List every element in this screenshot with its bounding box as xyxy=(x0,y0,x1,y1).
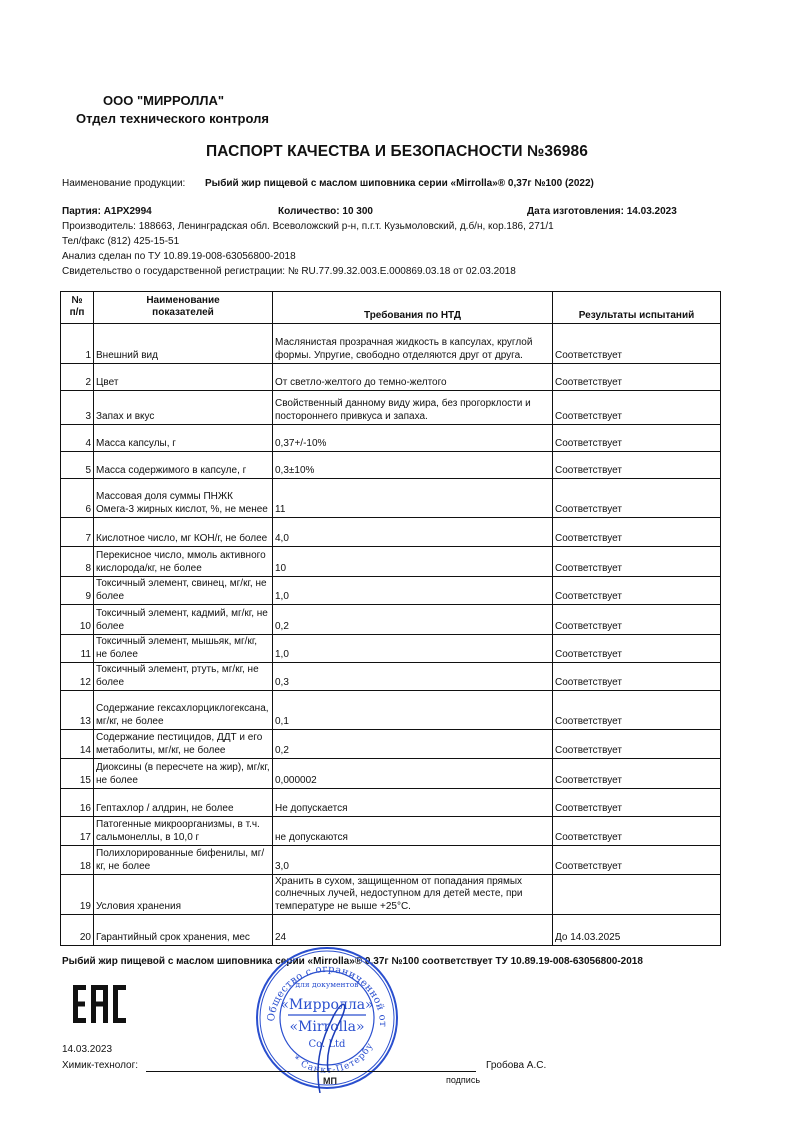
row-requirement: Маслянистая прозрачная жидкость в капсул… xyxy=(273,324,553,364)
row-indicator: Внешний вид xyxy=(94,324,273,364)
row-requirement: 4,0 xyxy=(273,518,553,547)
row-requirement: Хранить в сухом, защищенном от попадания… xyxy=(273,875,553,915)
row-indicator: Цвет xyxy=(94,364,273,391)
row-indicator: Перекисное число, ммоль активного кислор… xyxy=(94,547,273,577)
row-indicator: Диоксины (в пересчете на жир), мг/кг, не… xyxy=(94,759,273,789)
header-requirements: Требования по НТД xyxy=(273,292,553,324)
row-number: 15 xyxy=(61,759,94,789)
row-requirement: 0,3±10% xyxy=(273,452,553,479)
header-results: Результаты испытаний xyxy=(553,292,721,324)
row-result: Соответствует xyxy=(553,730,721,759)
row-result: Соответствует xyxy=(553,691,721,730)
row-requirement: 11 xyxy=(273,479,553,518)
row-requirement: 10 xyxy=(273,547,553,577)
table-row: 6 Массовая доля суммы ПНЖК Омега-3 жирны… xyxy=(61,479,721,518)
table-row: 5 Масса содержимого в капсуле, г 0,3±10%… xyxy=(61,452,721,479)
header-indicator-line1: Наименование xyxy=(96,295,270,308)
table-row: 8 Перекисное число, ммоль активного кисл… xyxy=(61,547,721,577)
row-number: 6 xyxy=(61,479,94,518)
table-row: 1 Внешний вид Маслянистая прозрачная жид… xyxy=(61,324,721,364)
row-requirement: От светло-желтого до темно-желтого xyxy=(273,364,553,391)
row-result: Соответствует xyxy=(553,364,721,391)
header-number-line2: п/п xyxy=(63,307,91,320)
row-result: Соответствует xyxy=(553,817,721,846)
registration-certificate: Свидетельство о государственной регистра… xyxy=(62,266,516,277)
header-indicator: Наименование показателей xyxy=(94,292,273,324)
row-requirement: 0,1 xyxy=(273,691,553,730)
row-indicator: Масса капсулы, г xyxy=(94,425,273,452)
seal-place-label: МП xyxy=(323,1076,337,1086)
row-number: 14 xyxy=(61,730,94,759)
department-name: Отдел технического контроля xyxy=(76,111,269,126)
company-name: ООО "МИРРОЛЛА" xyxy=(103,93,224,108)
table-row: 19 Условия хранения Хранить в сухом, защ… xyxy=(61,875,721,915)
row-indicator: Запах и вкус xyxy=(94,391,273,425)
row-number: 19 xyxy=(61,875,94,915)
phone-fax: Тел/факс (812) 425-15-51 xyxy=(62,236,179,247)
row-number: 16 xyxy=(61,789,94,817)
signatory-role: Химик-технолог: xyxy=(62,1060,138,1071)
table-row: 10 Токсичный элемент, кадмий, мг/кг, не … xyxy=(61,605,721,635)
product-name: Рыбий жир пищевой с маслом шиповника сер… xyxy=(205,178,594,189)
row-indicator: Полихлорированные бифенилы, мг/кг, не бо… xyxy=(94,846,273,875)
table-row: 2 Цвет От светло-желтого до темно-желтог… xyxy=(61,364,721,391)
row-indicator: Массовая доля суммы ПНЖК Омега-3 жирных … xyxy=(94,479,273,518)
row-result: Соответствует xyxy=(553,452,721,479)
manufacture-date: Дата изготовления: 14.03.2023 xyxy=(527,206,677,217)
row-number: 8 xyxy=(61,547,94,577)
table-row: 18 Полихлорированные бифенилы, мг/кг, не… xyxy=(61,846,721,875)
row-requirement: не допускаются xyxy=(273,817,553,846)
row-requirement: 0,000002 xyxy=(273,759,553,789)
header-number: № п/п xyxy=(61,292,94,324)
row-number: 7 xyxy=(61,518,94,547)
row-requirement: 3,0 xyxy=(273,846,553,875)
table-row: 16 Гептахлор / алдрин, не более Не допус… xyxy=(61,789,721,817)
row-number: 4 xyxy=(61,425,94,452)
row-number: 17 xyxy=(61,817,94,846)
row-requirement: 0,37+/-10% xyxy=(273,425,553,452)
product-label: Наименование продукции: xyxy=(62,178,185,189)
row-result: Соответствует xyxy=(553,425,721,452)
row-number: 11 xyxy=(61,635,94,663)
row-number: 13 xyxy=(61,691,94,730)
row-result: Соответствует xyxy=(553,518,721,547)
signatory-name: Гробова А.С. xyxy=(486,1060,546,1071)
row-result xyxy=(553,875,721,915)
row-indicator: Масса содержимого в капсуле, г xyxy=(94,452,273,479)
batch-number: Партия: А1РХ2994 xyxy=(62,206,152,217)
row-requirement: 1,0 xyxy=(273,635,553,663)
row-result: Соответствует xyxy=(553,479,721,518)
row-result: Соответствует xyxy=(553,391,721,425)
row-indicator: Токсичный элемент, свинец, мг/кг, не бол… xyxy=(94,577,273,605)
row-result: Соответствует xyxy=(553,789,721,817)
row-number: 10 xyxy=(61,605,94,635)
table-row: 3 Запах и вкус Свойственный данному виду… xyxy=(61,391,721,425)
row-indicator: Условия хранения xyxy=(94,875,273,915)
row-indicator: Гептахлор / алдрин, не более xyxy=(94,789,273,817)
row-result: Соответствует xyxy=(553,547,721,577)
row-result: Соответствует xyxy=(553,577,721,605)
row-result: Соответствует xyxy=(553,635,721,663)
signature-caption: подпись xyxy=(446,1075,480,1085)
row-requirement: 1,0 xyxy=(273,577,553,605)
row-number: 18 xyxy=(61,846,94,875)
row-number: 9 xyxy=(61,577,94,605)
row-number: 12 xyxy=(61,663,94,691)
table-row: 13 Содержание гексахлорциклогексана, мг/… xyxy=(61,691,721,730)
svg-text:для документов: для документов xyxy=(296,980,359,989)
row-number: 20 xyxy=(61,915,94,946)
table-row: 7 Кислотное число, мг КОН/г, не более 4,… xyxy=(61,518,721,547)
row-requirement: 0,3 xyxy=(273,663,553,691)
quantity: Количество: 10 300 xyxy=(278,206,373,217)
table-row: 11 Токсичный элемент, мышьяк, мг/кг, не … xyxy=(61,635,721,663)
row-indicator: Содержание гексахлорциклогексана, мг/кг,… xyxy=(94,691,273,730)
table-row: 14 Содержание пестицидов, ДДТ и его мета… xyxy=(61,730,721,759)
table-row: 20 Гарантийный срок хранения, мес 24 До … xyxy=(61,915,721,946)
row-result: Соответствует xyxy=(553,605,721,635)
row-indicator: Токсичный элемент, ртуть, мг/кг, не боле… xyxy=(94,663,273,691)
row-number: 2 xyxy=(61,364,94,391)
row-result: Соответствует xyxy=(553,324,721,364)
stamp-line3: Co. Ltd xyxy=(309,1039,347,1050)
table-row: 17 Патогенные микроорганизмы, в т.ч. сал… xyxy=(61,817,721,846)
stamp-line1: «Мирролла» xyxy=(280,997,373,1013)
table-row: 12 Токсичный элемент, ртуть, мг/кг, не б… xyxy=(61,663,721,691)
header-number-line1: № xyxy=(63,295,91,308)
table-header-row: № п/п Наименование показателей Требовани… xyxy=(61,292,721,324)
manufacturer-address: Производитель: 188663, Ленинградская обл… xyxy=(62,221,554,232)
row-number: 5 xyxy=(61,452,94,479)
row-result: Соответствует xyxy=(553,759,721,789)
row-number: 1 xyxy=(61,324,94,364)
row-result: Соответствует xyxy=(553,663,721,691)
table-row: 15 Диоксины (в пересчете на жир), мг/кг,… xyxy=(61,759,721,789)
table-row: 9 Токсичный элемент, свинец, мг/кг, не б… xyxy=(61,577,721,605)
table-row: 4 Масса капсулы, г 0,37+/-10% Соответств… xyxy=(61,425,721,452)
row-indicator: Патогенные микроорганизмы, в т.ч. сальмо… xyxy=(94,817,273,846)
row-indicator: Содержание пестицидов, ДДТ и его метабол… xyxy=(94,730,273,759)
stamp-line2: «Mirrolla» xyxy=(289,1019,364,1035)
header-indicator-line2: показателей xyxy=(96,307,270,320)
row-requirement: Не допускается xyxy=(273,789,553,817)
row-indicator: Токсичный элемент, кадмий, мг/кг, не бол… xyxy=(94,605,273,635)
row-indicator: Кислотное число, мг КОН/г, не более xyxy=(94,518,273,547)
row-indicator: Токсичный элемент, мышьяк, мг/кг, не бол… xyxy=(94,635,273,663)
row-requirement: Свойственный данному виду жира, без прог… xyxy=(273,391,553,425)
eac-mark-icon xyxy=(72,984,127,1024)
row-requirement: 0,2 xyxy=(273,730,553,759)
quality-table: № п/п Наименование показателей Требовани… xyxy=(60,291,721,946)
row-result: До 14.03.2025 xyxy=(553,915,721,946)
analysis-standard: Анализ сделан по ТУ 10.89.19-008-6305680… xyxy=(62,251,296,262)
row-number: 3 xyxy=(61,391,94,425)
row-requirement: 24 xyxy=(273,915,553,946)
row-result: Соответствует xyxy=(553,846,721,875)
document-title: ПАСПОРТ КАЧЕСТВА И БЕЗОПАСНОСТИ №36986 xyxy=(0,143,794,161)
row-indicator: Гарантийный срок хранения, мес xyxy=(94,915,273,946)
signature-date: 14.03.2023 xyxy=(62,1044,112,1055)
signature-line xyxy=(146,1071,476,1072)
row-requirement: 0,2 xyxy=(273,605,553,635)
